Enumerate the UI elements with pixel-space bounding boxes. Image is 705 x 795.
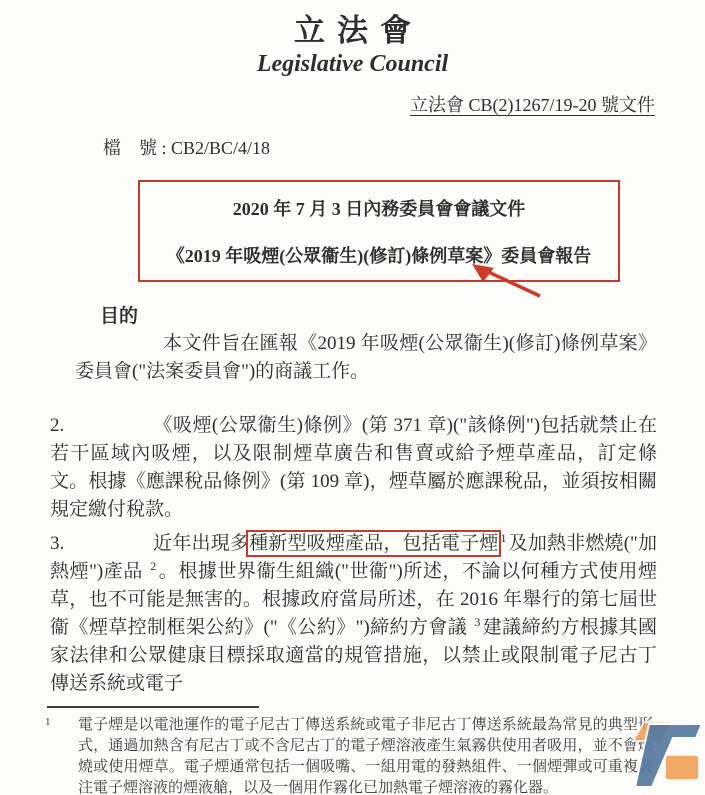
document-page: 立法會 Legislative Council 立法會 CB(2)1267/19… [0,0,705,795]
paragraph-2-number: 2. [50,412,153,440]
paragraph-2: 2.《吸煙(公眾衞生)條例》(第 371 章)("該條例")包括就禁止在若干區域… [50,412,657,524]
watermark-logo-icon [612,709,705,793]
purpose-heading: 目的 [100,304,705,330]
paragraph-3: 3.近年出現多種新型吸煙產品，包括電子煙1及加熱非燃燒("加熱煙")產品 2。根… [50,530,657,698]
footnote-separator [47,706,259,708]
document-reference: 立法會 CB(2)1267/19-20 號文件 [0,91,655,117]
footnote-ref-2: 2 [150,559,156,573]
paragraph-3-number: 3. [50,530,153,558]
footnote-ref-1: 1 [500,531,506,545]
red-highlight-box: 種新型吸煙產品，包括電子煙 [249,533,498,554]
page-title: 立法會 [0,0,705,50]
meeting-date-line: 2020 年 7 月 3 日內務委員會會議文件 [143,195,615,221]
red-arrow-annotation-icon [466,258,552,302]
file-number: 檔 號 : CB2/BC/4/18 [103,134,705,160]
footnote-1-text: 電子煙是以電池運作的電子尼古丁傳送系統或電子非尼古丁傳送系統最為常見的典型形式，… [78,717,653,795]
purpose-text: 本文件旨在匯報《2019 年吸煙(公眾衞生)(修訂)條例草案》委員會("法案委員… [75,333,657,382]
footnote-1-marker: 1 [45,712,51,733]
footnote-1: 1 電子煙是以電池運作的電子尼古丁傳送系統或電子非尼古丁傳送系統最為常見的典型形… [78,715,653,795]
paragraph-3-text-pre: 近年出現多 [153,533,249,554]
purpose-paragraph: 本文件旨在匯報《2019 年吸煙(公眾衞生)(修訂)條例草案》委員會("法案委員… [75,330,657,386]
footnote-ref-3: 3 [474,615,480,629]
page-subtitle: Legislative Council [0,51,705,78]
